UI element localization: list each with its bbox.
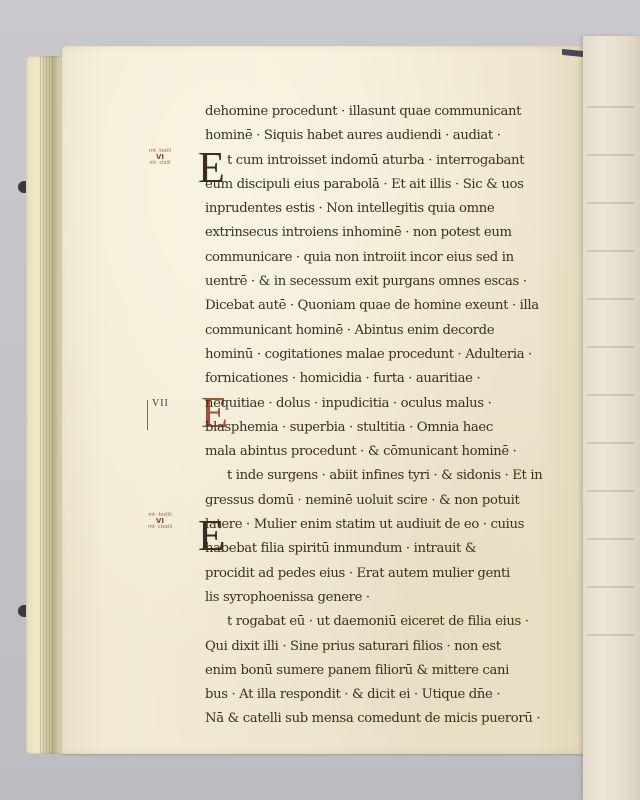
text-line: uentrē · & in secessum exit purgans omne… bbox=[205, 270, 565, 294]
show-through-line bbox=[587, 538, 634, 540]
show-through-line bbox=[587, 106, 634, 108]
text-line: Nā & catelli sub mensa comedunt de micis… bbox=[205, 707, 565, 731]
text-line: blasphemia · superbia · stultitia · Omni… bbox=[205, 416, 565, 440]
text-line: fornicationes · homicidia · furta · auar… bbox=[205, 367, 565, 391]
manuscript-text-block: dehomine procedunt · illasunt quae commu… bbox=[205, 100, 565, 732]
chapter-bracket bbox=[147, 400, 148, 430]
text-line: bus · At illa respondit · & dicit ei · U… bbox=[205, 683, 565, 707]
text-line: communicare · quia non introiit incor ei… bbox=[205, 246, 565, 270]
show-through-line bbox=[587, 298, 634, 300]
text-line: communicant hominē · Abintus enim decord… bbox=[205, 319, 565, 343]
show-through-line bbox=[587, 634, 634, 636]
text-line: dehomine procedunt · illasunt quae commu… bbox=[205, 100, 565, 124]
text-line: enim bonū sumere panem filiorū & mittere… bbox=[205, 659, 565, 683]
page-stack-edge bbox=[26, 56, 66, 754]
text-line: procidit ad pedes eius · Erat autem muli… bbox=[205, 562, 565, 586]
text-line: latere · Mulier enim statim ut audiuit d… bbox=[205, 513, 565, 537]
canon-table-note: mt· ɫxxiii VI mt· clxiii bbox=[140, 148, 180, 166]
text-line: inprudentes estis · Non intellegitis qui… bbox=[205, 197, 565, 221]
show-through-line bbox=[587, 202, 634, 204]
facing-page-fold bbox=[583, 36, 640, 800]
text-line: hominū · cogitationes malae procedunt · … bbox=[205, 343, 565, 367]
text-line: t rogabat eū · ut daemoniū eiceret de fi… bbox=[205, 610, 565, 634]
chapter-number: VII bbox=[152, 398, 169, 409]
text-line: nequitiae · dolus · inpudicitia · oculus… bbox=[205, 392, 565, 416]
margin-note-bottom: mt· clxxiii bbox=[140, 524, 180, 530]
text-line: hominē · Siquis habet aures audiendi · a… bbox=[205, 124, 565, 148]
binding-clasp-top bbox=[18, 181, 26, 193]
text-line: Qui dixit illi · Sine prius saturari fil… bbox=[205, 635, 565, 659]
show-through-line bbox=[587, 250, 634, 252]
show-through-line bbox=[587, 154, 634, 156]
margin-note-bottom: mt· clxiii bbox=[140, 160, 180, 166]
show-through-line bbox=[587, 490, 634, 492]
binding-clasp-bottom bbox=[18, 605, 26, 617]
text-line: eum discipuli eius parabolā · Et ait ill… bbox=[205, 173, 565, 197]
text-line: t cum introisset indomū aturba · interro… bbox=[205, 149, 565, 173]
text-line: lis syrophoenissa genere · bbox=[205, 586, 565, 610]
text-line: mala abintus procedunt · & cōmunicant ho… bbox=[205, 440, 565, 464]
text-line: habebat filia spiritū inmundum · intraui… bbox=[205, 537, 565, 561]
manuscript-scene: mt· ɫxxiii VI mt· clxiii VII mt· ɫxxiiii… bbox=[0, 0, 640, 800]
show-through-line bbox=[587, 346, 634, 348]
text-line: Dicebat autē · Quoniam quae de homine ex… bbox=[205, 294, 565, 318]
text-line: extrinsecus introiens inhominē · non pot… bbox=[205, 221, 565, 245]
canon-table-note: mt· ɫxxiiii VI mt· clxxiii bbox=[140, 512, 180, 530]
text-line: t inde surgens · abiit infines tyri · & … bbox=[205, 464, 565, 488]
text-line: gressus domū · neminē uoluit scire · & n… bbox=[205, 489, 565, 513]
show-through-line bbox=[587, 394, 634, 396]
show-through-line bbox=[587, 442, 634, 444]
show-through-line bbox=[587, 586, 634, 588]
